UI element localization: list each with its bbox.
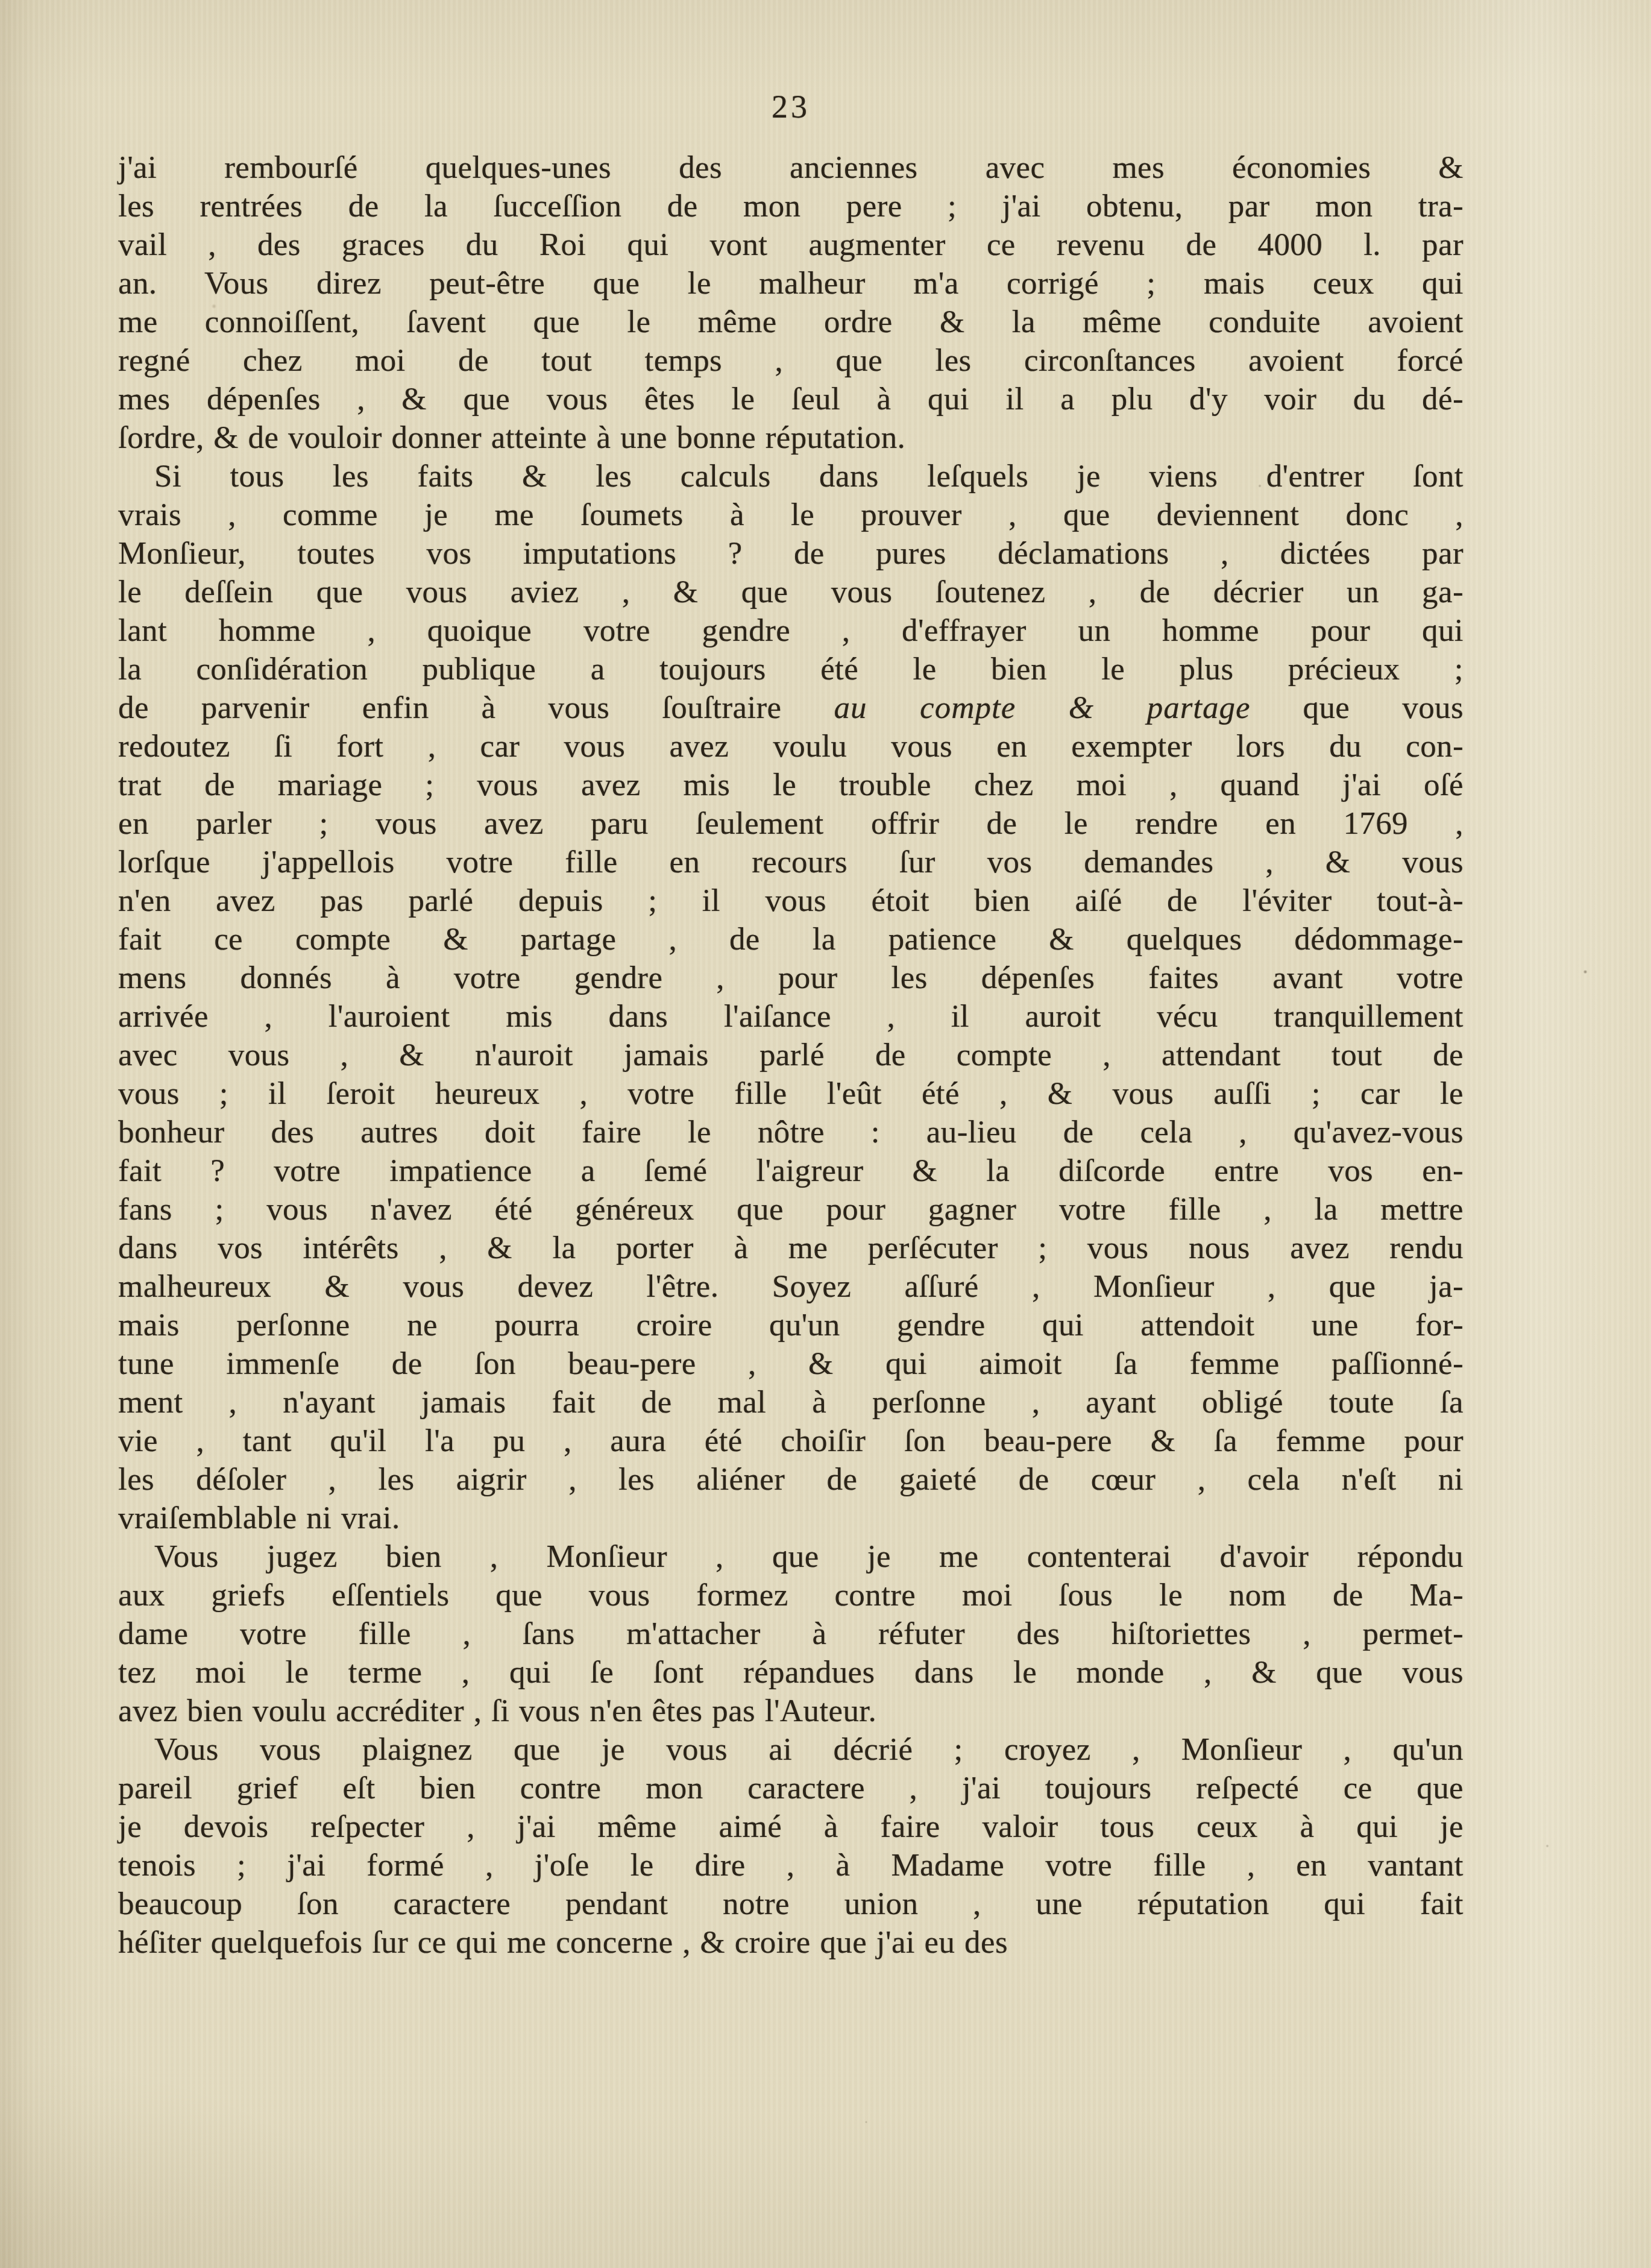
text-line: regné chez moi de tout temps , que les c…: [118, 341, 1464, 380]
text-line: lant homme , quoique votre gendre , d'ef…: [118, 611, 1464, 650]
text-line: aux griefs eſſentiels que vous formez co…: [118, 1576, 1464, 1614]
text-line: ment , n'ayant jamais fait de mal à perſ…: [118, 1383, 1464, 1422]
text-line: j'ai rembourſé quelques-unes des ancienn…: [118, 148, 1464, 187]
text-line: lorſque j'appellois votre fille en recou…: [118, 843, 1464, 881]
text-line: pareil grief eſt bien contre mon caracte…: [118, 1769, 1464, 1807]
text-line: les rentrées de la ſucceſſion de mon per…: [118, 187, 1464, 225]
text-line: fait ? votre impatience a ſemé l'aigreur…: [118, 1151, 1464, 1190]
text-line: vous ; il ſeroit heureux , votre fille l…: [118, 1074, 1464, 1113]
body-text-block: j'ai rembourſé quelques-unes des ancienn…: [118, 148, 1464, 1962]
text-line: vraiſemblable ni vrai.: [118, 1499, 1464, 1537]
text-line: trat de mariage ; vous avez mis le troub…: [118, 766, 1464, 804]
text-line: mais perſonne ne pourra croire qu'un gen…: [118, 1306, 1464, 1344]
text-line: bonheur des autres doit faire le nôtre :…: [118, 1113, 1464, 1151]
text-line: vie , tant qu'il l'a pu , aura été choiſ…: [118, 1422, 1464, 1460]
text-line: le deſſein que vous aviez , & que vous ſ…: [118, 573, 1464, 611]
text-line: dame votre fille , ſans m'attacher à réf…: [118, 1614, 1464, 1653]
text-line: Vous jugez bien , Monſieur , que je me c…: [118, 1537, 1464, 1576]
text-line: an. Vous direz peut-être que le malheur …: [118, 264, 1464, 303]
text-line: mes dépenſes , & que vous êtes le ſeul à…: [118, 380, 1464, 418]
text-line: beaucoup ſon caractere pendant notre uni…: [118, 1885, 1464, 1923]
text-line: arrivée , l'auroient mis dans l'aiſance …: [118, 997, 1464, 1036]
text-line: fans ; vous n'avez été généreux que pour…: [118, 1190, 1464, 1229]
text-line: malheureux & vous devez l'être. Soyez aſ…: [118, 1267, 1464, 1306]
text-line: mens donnés à votre gendre , pour les dé…: [118, 959, 1464, 997]
text-line: les déſoler , les aigrir , les aliéner d…: [118, 1460, 1464, 1499]
text-line: la conſidération publique a toujours été…: [118, 650, 1464, 688]
scanned-book-page: 23 j'ai rembourſé quelques-unes des anci…: [0, 0, 1651, 2268]
text-line: Si tous les faits & les calculs dans leſ…: [118, 457, 1464, 496]
text-line: dans vos intérêts , & la porter à me per…: [118, 1229, 1464, 1267]
text-line: n'en avez pas parlé depuis ; il vous éto…: [118, 881, 1464, 920]
text-line: je devois reſpecter , j'ai même aimé à f…: [118, 1807, 1464, 1846]
text-line: tez moi le terme , qui ſe ſont répandues…: [118, 1653, 1464, 1692]
text-line: me connoiſſent, ſavent que le même ordre…: [118, 303, 1464, 341]
text-line: tenois ; j'ai formé , j'oſe le dire , à …: [118, 1846, 1464, 1885]
text-line: de parvenir enfin à vous ſouſtraire au c…: [118, 688, 1464, 727]
text-line: héſiter quelquefois ſur ce qui me concer…: [118, 1923, 1464, 1962]
text-line: vail , des graces du Roi qui vont augmen…: [118, 225, 1464, 264]
text-line: redoutez ſi fort , car vous avez voulu v…: [118, 727, 1464, 766]
text-line: avez bien voulu accréditer , ſi vous n'e…: [118, 1692, 1464, 1730]
text-line: Monſieur, toutes vos imputations ? de pu…: [118, 534, 1464, 573]
text-line: avec vous , & n'auroit jamais parlé de c…: [118, 1036, 1464, 1074]
text-line: fait ce compte & partage , de la patienc…: [118, 920, 1464, 959]
text-line: en parler ; vous avez paru ſeulement off…: [118, 804, 1464, 843]
text-line: vrais , comme je me ſoumets à le prouver…: [118, 496, 1464, 534]
text-line: tune immenſe de ſon beau-pere , & qui ai…: [118, 1344, 1464, 1383]
page-number: 23: [118, 86, 1464, 128]
text-line: Vous vous plaignez que je vous ai décrié…: [118, 1730, 1464, 1769]
text-line: ſordre, & de vouloir donner atteinte à u…: [118, 418, 1464, 457]
